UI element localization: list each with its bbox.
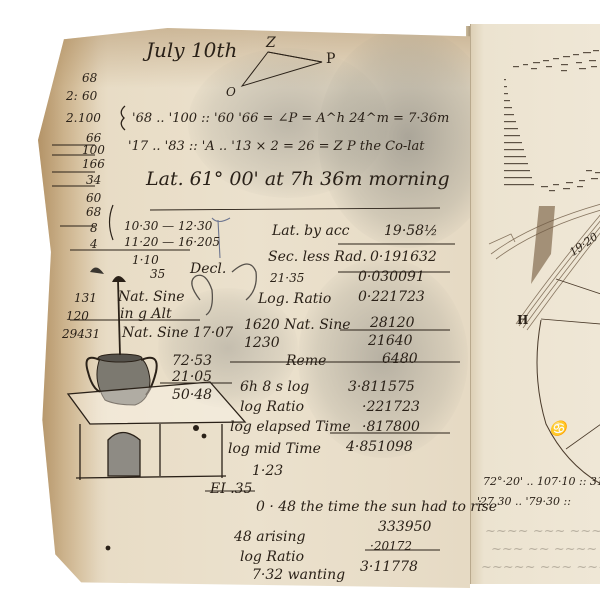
margin-prefix: 2.: [66, 112, 77, 124]
margin-value: 100: [82, 144, 105, 156]
margin-value: 34: [86, 174, 101, 186]
diagram-label-o: O: [226, 86, 236, 98]
bottom-line-3: 0 · 48 the time the sun had to rise: [256, 500, 497, 514]
bottom-line-1: 1·23: [252, 464, 283, 478]
margin-value: 166: [82, 158, 105, 170]
sum-value: 21·05: [172, 370, 212, 384]
margin-value: 60: [82, 90, 97, 102]
margin-prefix: 2:: [66, 90, 78, 102]
left-number: 120: [66, 310, 89, 322]
margin-value: 68: [86, 206, 101, 218]
entry-value: 21640: [368, 334, 413, 348]
arising-label: 48 arising: [234, 530, 305, 544]
log-ratio-value: ·20172: [370, 540, 412, 552]
final-label: 7·32 wanting: [252, 568, 345, 582]
log-value: 4·851098: [346, 440, 413, 454]
bottom-line-2: EI .35: [210, 482, 252, 496]
entry-label: Log. Ratio: [258, 292, 331, 306]
sum-value: 72·53: [172, 354, 212, 368]
entry-value: 0·221723: [358, 290, 425, 304]
time-interval: 11·20 — 16·205: [124, 236, 220, 248]
label-alt: in g Alt: [120, 307, 172, 321]
entry-label: Reme: [286, 354, 326, 368]
manuscript-photo: 19·20 H ♋ 72°·20' .. 107·10 :: 31 '27 30…: [0, 0, 600, 600]
log-ratio-label: log Ratio: [240, 550, 304, 564]
entry-label: Lat. by acc: [272, 224, 350, 238]
margin-value: 68: [82, 72, 97, 84]
entry-label: Sec. less Rad.: [268, 250, 367, 264]
entry-value: 6480: [382, 352, 418, 366]
date-heading: July 10th: [146, 40, 237, 60]
log-value: ·221723: [362, 400, 420, 414]
margin-value: 60: [86, 192, 101, 204]
final-value: 3·11778: [360, 560, 418, 574]
entry-label: 1620 Nat. Sine: [244, 318, 351, 332]
latitude-title: Lat. 61° 00' at 7h 36m morning: [146, 170, 450, 189]
diagram-label-z: Z: [266, 36, 276, 50]
log-label: 6h 8 s log: [240, 380, 309, 394]
log-label: log Ratio: [240, 400, 304, 414]
entry-value: 0·030091: [358, 270, 425, 284]
entry-value: 19·58½: [384, 224, 438, 238]
sum-result: 50·48: [172, 388, 212, 402]
proportion-line-1: '68 .. '100 :: '60 '66 = ∠P = A^h 24^m =…: [132, 112, 449, 125]
log-label: log mid Time: [228, 442, 321, 456]
label-nat-sine-1707: Nat. Sine 17·07: [122, 326, 233, 340]
margin-value: 4: [90, 238, 98, 250]
rise-value: 333950: [378, 520, 431, 534]
sub-value: 1·10: [132, 254, 159, 266]
margin-value: 100: [78, 112, 101, 124]
entry-label: 1230: [244, 336, 280, 350]
proportion-line-2: '17 .. '83 :: 'A .. '13 × 2 = 26 = Z P t…: [128, 140, 424, 153]
entry-value: 28120: [370, 316, 415, 330]
sub-value: 35: [150, 268, 165, 280]
log-value: ·817800: [362, 420, 420, 434]
entry-label: 21·35: [270, 272, 304, 284]
diagram-label-p: P: [326, 52, 335, 66]
left-number: 131: [74, 292, 97, 304]
time-interval: 10·30 — 12·30: [124, 220, 212, 232]
left-number: 29431: [62, 328, 100, 340]
log-value: 3·811575: [348, 380, 415, 394]
label-nat-sine: Nat. Sine: [118, 290, 185, 304]
label-decl: Decl.: [190, 262, 226, 276]
log-label: log elapsed Time: [230, 420, 351, 434]
entry-value: 0·191632: [370, 250, 437, 264]
margin-value: 8: [90, 222, 98, 234]
